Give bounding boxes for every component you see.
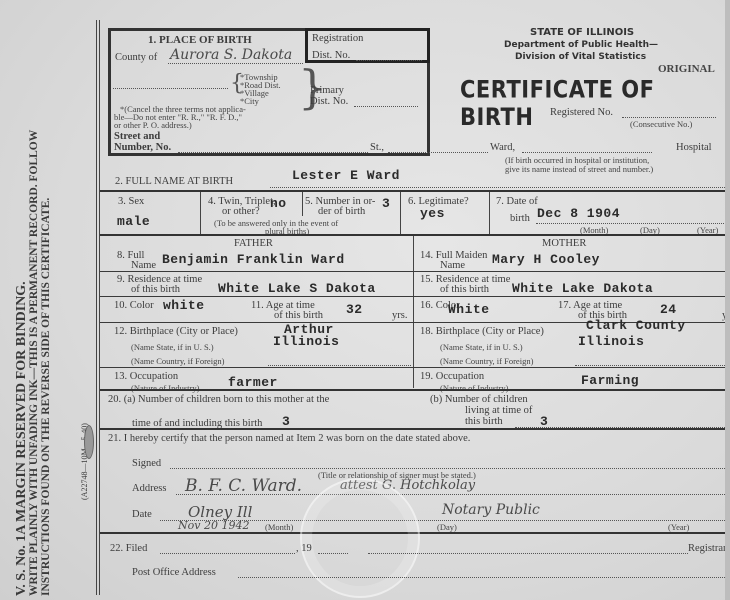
dob-line <box>536 223 730 224</box>
dob-label-2: birth <box>510 213 530 225</box>
mother-bp-state-field[interactable]: Illinois <box>578 334 644 349</box>
parents-divider <box>413 236 414 388</box>
registrar-label: Registrar <box>688 543 727 555</box>
father-age-label-2: of this birth <box>274 310 323 322</box>
dob-label-1: 7. Date of <box>496 196 538 208</box>
full-name-label: 2. FULL NAME AT BIRTH <box>115 176 233 188</box>
divider <box>100 322 413 323</box>
father-occ-label-1: 13. Occupation <box>114 371 178 383</box>
children-living-field[interactable]: 3 <box>540 414 548 429</box>
mother-bp-label-3: (Name Country, if Foreign) <box>440 356 533 366</box>
children-born-label-1: 20. (a) Number of children born to this … <box>108 394 329 406</box>
mother-heading: MOTHER <box>542 238 586 250</box>
reg-dist-label: Dist. No. <box>312 50 350 62</box>
father-residence-field[interactable]: White Lake S Dakota <box>218 281 376 296</box>
union-label-icon <box>84 425 94 459</box>
cancel-note-3: or other P. O. address.) <box>114 120 192 130</box>
divider <box>100 296 413 297</box>
cert-month-label: (Month) <box>265 522 293 532</box>
primary-dist-field[interactable] <box>354 106 418 107</box>
birth-order-label-2: der of birth <box>318 206 365 218</box>
filed-year-field[interactable] <box>318 553 348 554</box>
po-address-label: Post Office Address <box>132 567 216 579</box>
divider <box>413 367 730 368</box>
divider <box>100 271 413 272</box>
father-bp-state-field[interactable]: Illinois <box>273 334 339 349</box>
primary-dist-label: Dist. No. <box>310 96 348 108</box>
father-bp-label-3: (Name Country, if Foreign) <box>131 356 224 366</box>
divider <box>100 234 730 236</box>
father-color-label: 10. Color <box>114 300 154 312</box>
registered-no-label: Registered No. <box>550 107 613 119</box>
divider <box>200 192 201 234</box>
date-label: Date <box>132 509 152 521</box>
street-field[interactable] <box>178 152 368 153</box>
embossed-seal <box>300 478 420 598</box>
legitimate-field[interactable]: yes <box>420 206 445 221</box>
mother-occ-label-1: 19. Occupation <box>420 371 484 383</box>
consecutive-label: (Consecutive No.) <box>630 119 692 129</box>
divider <box>489 192 490 234</box>
county-field[interactable]: Aurora S. Dakota <box>170 47 292 63</box>
father-yrs-label: yrs. <box>392 310 407 322</box>
twin-label-2: or other? <box>222 206 260 218</box>
original-label: ORIGINAL <box>658 63 715 75</box>
mother-bp-label-1: 18. Birthplace (City or Place) <box>420 326 544 338</box>
filed-date-field[interactable] <box>160 553 295 554</box>
filed-year-prefix: , 19 <box>296 543 312 555</box>
divider <box>413 271 730 272</box>
left-border-inner <box>99 20 100 595</box>
father-color-field[interactable]: white <box>163 298 205 313</box>
father-occ-label-2: (Nature of Industry) <box>131 383 199 393</box>
mother-bp-label-2: (Name State, if in U. S.) <box>440 342 523 352</box>
registration-label: Registration <box>312 33 363 45</box>
right-edge <box>725 0 730 600</box>
father-heading: FATHER <box>234 238 273 250</box>
divider <box>100 428 730 430</box>
reg-dist-field[interactable] <box>356 60 422 61</box>
left-border <box>96 20 97 595</box>
signed-label: Signed <box>132 458 161 470</box>
hospital-note-2: give its name instead of street and numb… <box>505 164 653 174</box>
full-name-field[interactable]: Lester E Ward <box>292 168 400 183</box>
father-occupation-field[interactable]: farmer <box>228 375 278 390</box>
margin-instruction-1: WRITE PLAINLY WITH UNFADING INK—THIS IS … <box>28 130 40 596</box>
state-title: STATE OF ILLINOIS <box>530 27 634 38</box>
st-field[interactable] <box>388 152 488 153</box>
children-living-label-3: this birth <box>465 416 503 428</box>
registrar-field[interactable] <box>368 553 688 554</box>
certification-statement: 21. I hereby certify that the person nam… <box>108 433 470 445</box>
place-of-birth-heading: 1. PLACE OF BIRTH <box>148 34 252 46</box>
mother-res-label-2: of this birth <box>440 284 489 296</box>
father-bp-country-field[interactable] <box>268 365 411 366</box>
signed-field[interactable] <box>170 468 730 469</box>
birth-certificate: V. S. No. 1A MARGIN RESERVED FOR BINDING… <box>0 0 730 600</box>
children-born-field[interactable]: 3 <box>282 414 290 429</box>
father-bp-label-2: (Name State, if in U. S.) <box>131 342 214 352</box>
filed-label: 22. Filed <box>110 543 147 555</box>
mother-occ-label-2: (Nature of Industry) <box>440 383 508 393</box>
township-field-line <box>113 88 228 89</box>
division-title: Division of Vital Statistics <box>515 52 646 62</box>
sex-label: 3. Sex <box>118 196 144 208</box>
twin-field[interactable]: no <box>270 196 287 211</box>
divider <box>100 389 730 391</box>
date-handwritten-2: Nov 20 1942 <box>178 519 249 532</box>
birth-order-field[interactable]: 3 <box>382 196 390 211</box>
divider <box>100 190 730 192</box>
mother-bp-city-field[interactable]: Clark County <box>586 318 686 333</box>
hospital-label: Hospital <box>676 142 712 154</box>
mother-age-field[interactable]: 24 <box>660 302 677 317</box>
full-name-line <box>270 187 730 188</box>
cert-year-label: (Year) <box>668 522 689 532</box>
father-age-field[interactable]: 32 <box>346 302 363 317</box>
divider <box>400 192 401 234</box>
cert-day-label: (Day) <box>437 522 457 532</box>
divider <box>100 367 413 368</box>
mother-residence-field[interactable]: White Lake Dakota <box>512 281 653 296</box>
department-title: Department of Public Health— <box>504 40 658 50</box>
margin-instruction-2: INSTRUCTIONS FOUND ON THE REVERSE SIDE O… <box>40 198 52 596</box>
ward-label: Ward, <box>490 142 515 154</box>
ward-field[interactable] <box>522 152 652 153</box>
divider <box>413 296 730 297</box>
county-field-line <box>168 63 303 64</box>
father-bp-label-1: 12. Birthplace (City or Place) <box>114 326 238 338</box>
mother-color-field[interactable]: White <box>448 302 490 317</box>
mother-bp-country-field[interactable] <box>575 365 730 366</box>
mother-occupation-field[interactable]: Farming <box>581 373 639 388</box>
county-label: County of <box>115 52 157 64</box>
address-label: Address <box>132 483 166 495</box>
father-name-field[interactable]: Benjamin Franklin Ward <box>162 252 345 267</box>
po-address-field[interactable] <box>238 577 730 578</box>
signature-address: B. F. C. Ward. <box>185 476 302 496</box>
mother-name-field[interactable]: Mary H Cooley <box>492 252 600 267</box>
street-label-2: Number, No. <box>114 142 171 154</box>
registered-no-field[interactable] <box>622 117 716 118</box>
father-res-label-2: of this birth <box>131 284 180 296</box>
sex-field[interactable]: male <box>117 214 150 229</box>
divider <box>302 192 303 216</box>
dob-field[interactable]: Dec 8 1904 <box>537 206 620 221</box>
st-label: St., <box>370 142 384 154</box>
notary-signature: Notary Public <box>442 502 540 518</box>
